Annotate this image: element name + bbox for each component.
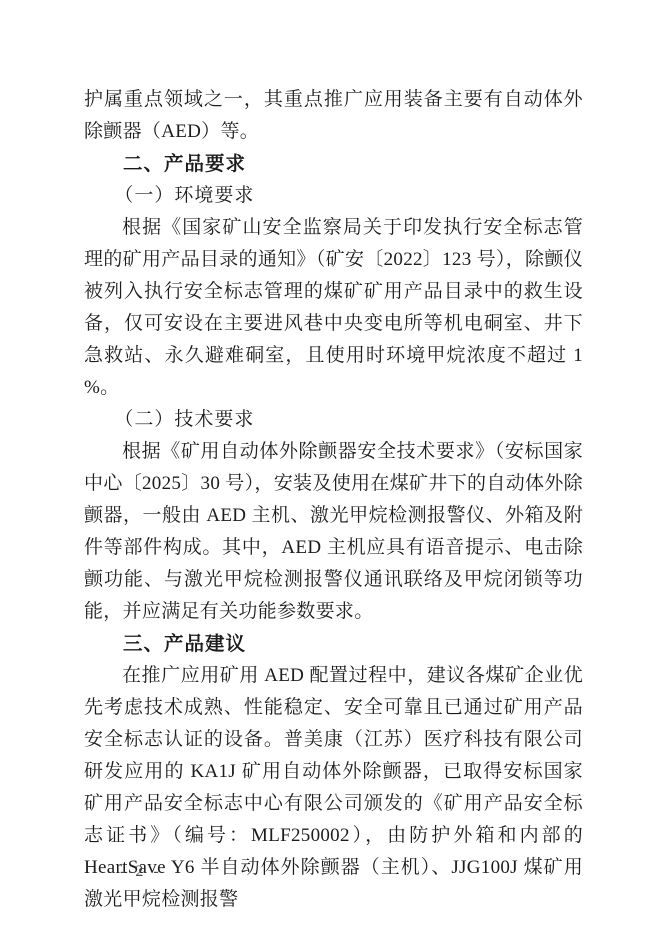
paragraph-technical-requirements: 根据《矿用自动体外除颤器安全技术要求》（安标国家中心〔2025〕30 号），安装… bbox=[84, 436, 583, 628]
paragraph-environment-requirements: 根据《国家矿山安全监察局关于印发执行安全标志管理的矿用产品目录的通知》（矿安〔2… bbox=[84, 212, 583, 404]
subsection-heading-technical-requirements: （二）技术要求 bbox=[84, 404, 583, 436]
paragraph-continuation-aed-intro: 护属重点领域之一，其重点推广应用装备主要有自动体外除颤器（AED）等。 bbox=[84, 84, 583, 148]
document-body: 护属重点领域之一，其重点推广应用装备主要有自动体外除颤器（AED）等。 二、产品… bbox=[84, 84, 583, 916]
section-heading-product-suggestions: 三、产品建议 bbox=[84, 628, 583, 660]
section-heading-product-requirements: 二、产品要求 bbox=[84, 148, 583, 180]
subsection-heading-environment-requirements: （一）环境要求 bbox=[84, 180, 583, 212]
document-page: 护属重点领域之一，其重点推广应用装备主要有自动体外除颤器（AED）等。 二、产品… bbox=[0, 0, 663, 941]
page-number: - 2 - bbox=[120, 860, 162, 884]
